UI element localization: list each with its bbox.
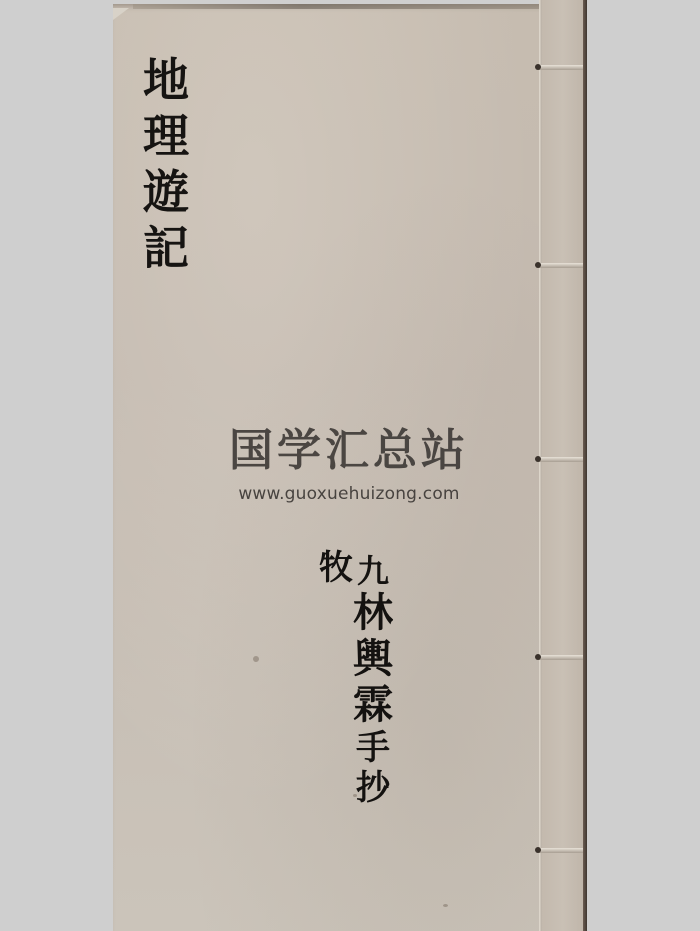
stitch-hole [535,654,541,660]
binding-stitch [537,848,585,853]
book-cover-page: 地 理 遊 記 国学汇总站 www.guoxuehuizong.com 牧 九 … [113,4,585,931]
author-char: 九 [357,552,389,590]
thread-bound-book: 地 理 遊 記 国学汇总站 www.guoxuehuizong.com 牧 九 … [113,0,587,931]
author-char: 手 [356,728,390,768]
author-main-column: 九 林 輿 霖 手 抄 [353,552,393,808]
binding-stitch [537,65,585,70]
binding-spine [541,0,585,931]
title-char: 記 [143,220,189,276]
book-spine-edge [583,0,587,931]
title-char: 遊 [143,164,189,220]
binding-stitch [537,263,585,268]
title-char: 理 [143,108,189,164]
author-char: 輿 [353,636,393,682]
author-char: 牧 [319,548,353,588]
watermark: 国学汇总站 www.guoxuehuizong.com [113,422,585,504]
author-char: 抄 [356,768,390,808]
author-char: 林 [353,590,393,636]
stitch-hole [535,64,541,70]
stitch-hole [535,847,541,853]
paper-speck [253,656,259,662]
stitch-hole [535,456,541,462]
author-inscription: 牧 九 林 輿 霖 手 抄 [323,544,443,864]
binding-stitch [537,655,585,660]
book-title: 地 理 遊 記 [131,52,201,276]
author-char: 霖 [353,682,393,728]
folded-corner [113,8,129,20]
binding-stitch [537,457,585,462]
watermark-url: www.guoxuehuizong.com [113,484,585,504]
spine-thread [539,0,542,931]
watermark-site-name: 国学汇总站 [113,422,585,480]
paper-speck [443,904,448,907]
page-top-shadow [133,4,553,9]
author-side-column: 牧 [319,548,353,588]
stitch-hole [535,262,541,268]
title-char: 地 [143,52,189,108]
